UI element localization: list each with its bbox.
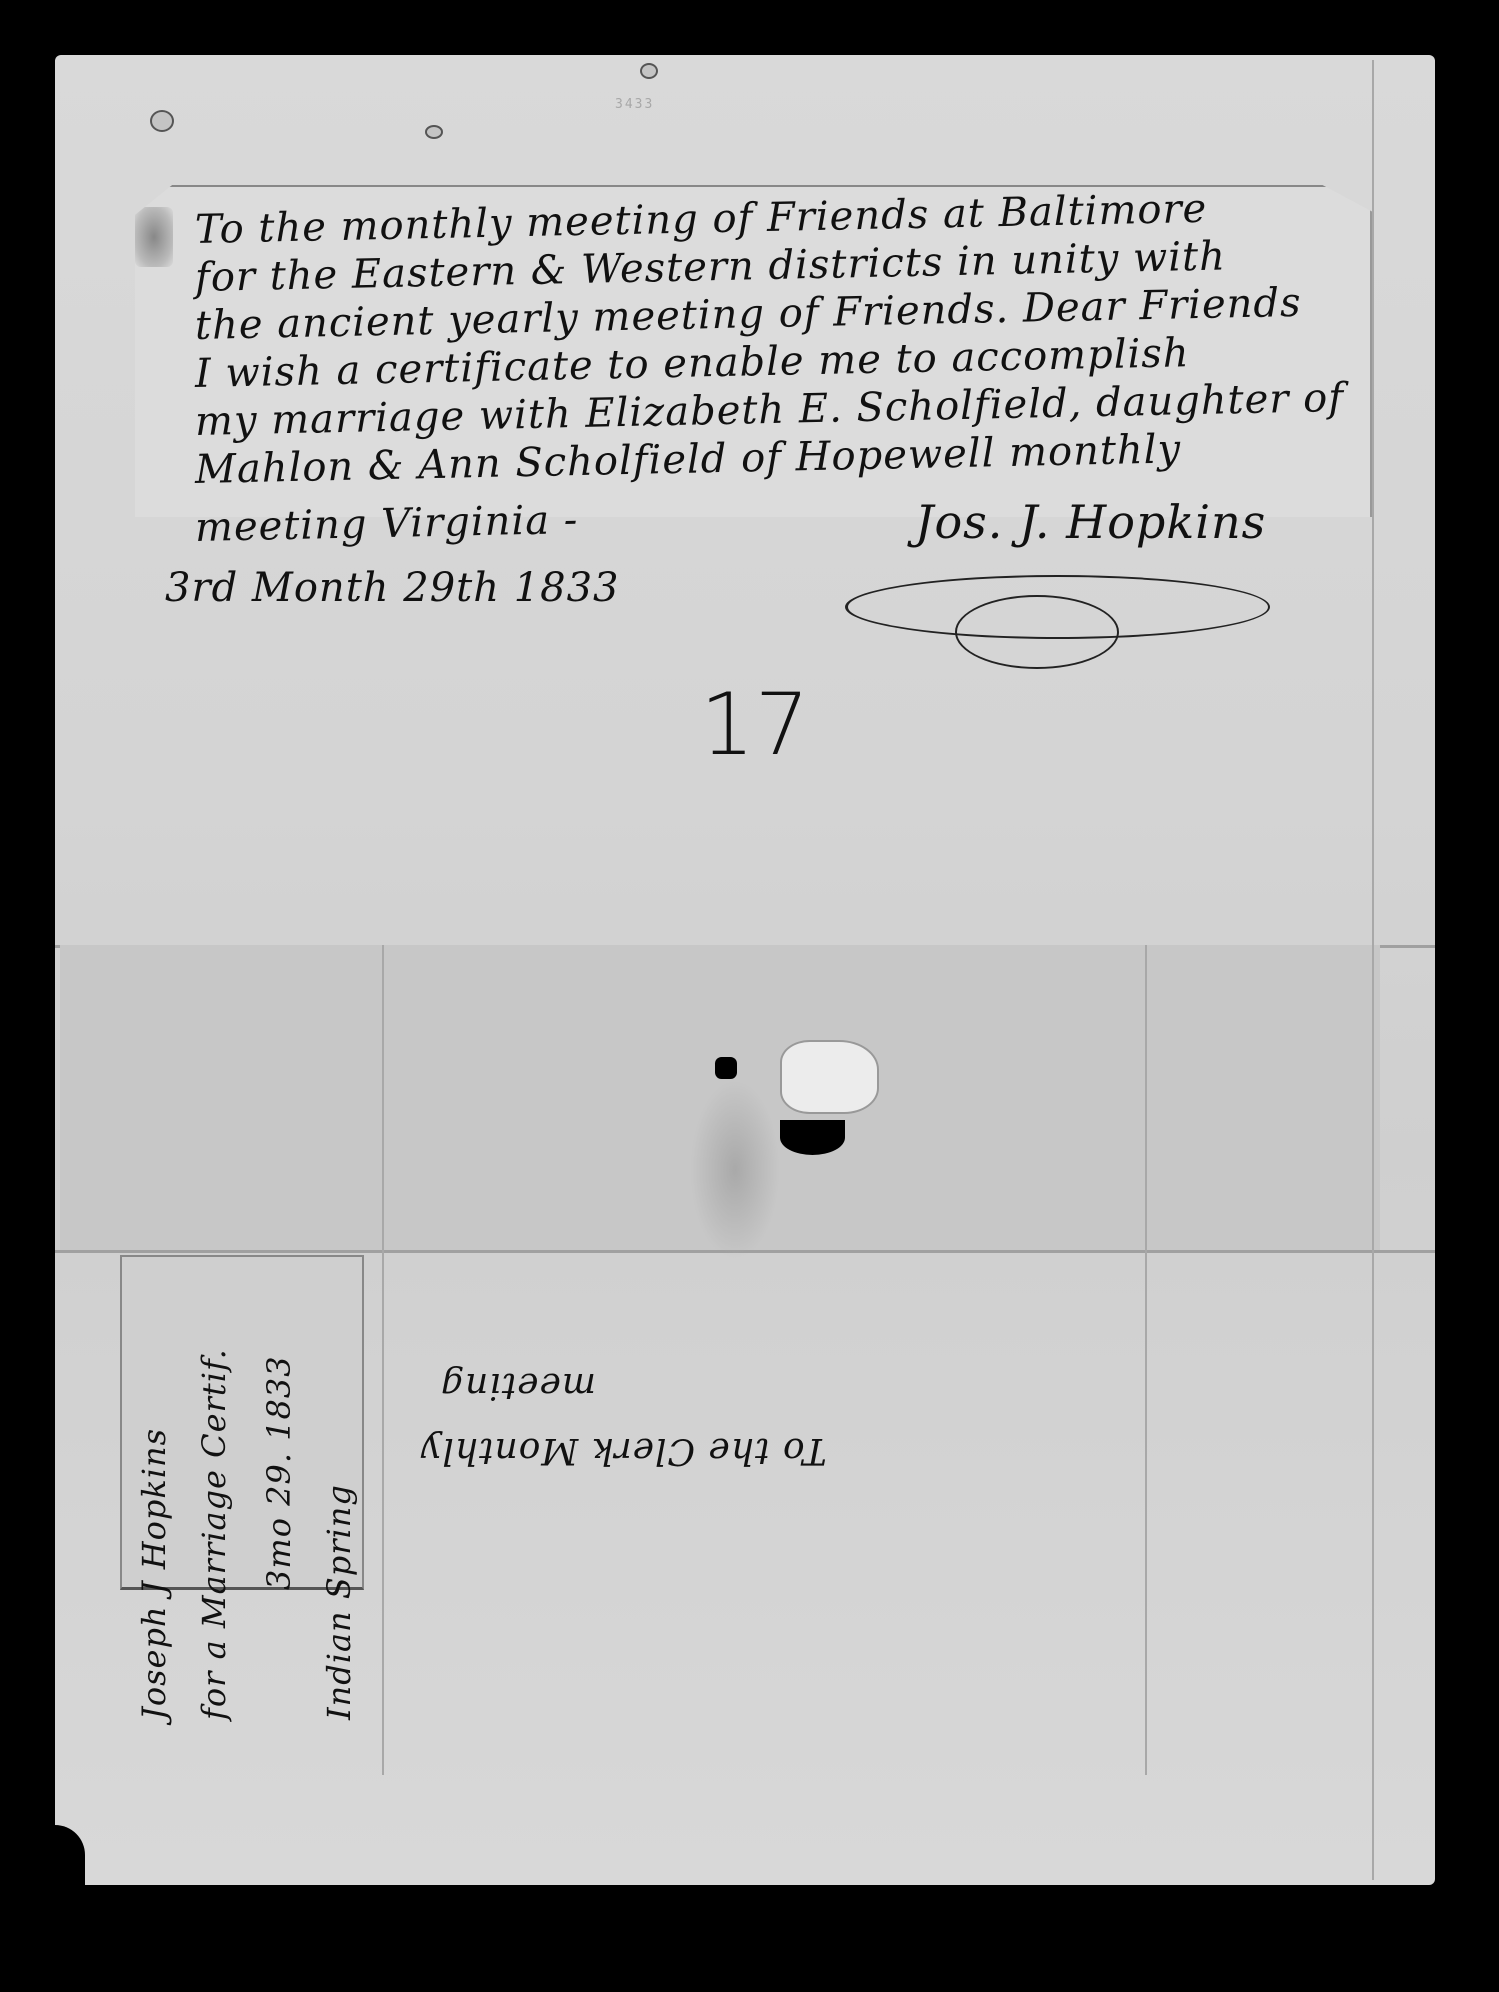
address-line-1: To the Clerk Monthly bbox=[420, 1430, 827, 1471]
fold-line-vertical bbox=[1145, 945, 1147, 1775]
docket-line-4: Indian Spring bbox=[320, 1484, 358, 1720]
punch-hole-left bbox=[150, 110, 174, 132]
fold-line-vertical bbox=[382, 945, 384, 1775]
letter-date: 3rd Month 29th 1833 bbox=[165, 565, 620, 611]
page-number: 17 bbox=[700, 675, 809, 775]
signature-flourish-loop bbox=[955, 595, 1119, 669]
letter-body-panel: To the monthly meeting of Friends at Bal… bbox=[135, 185, 1372, 517]
wax-seal-stain bbox=[690, 1080, 780, 1260]
wax-seal-remnant bbox=[780, 1120, 845, 1155]
address-line-2: meeting bbox=[440, 1365, 596, 1406]
letter-line-7: meeting Virginia - bbox=[195, 497, 579, 551]
punch-hole-center bbox=[425, 125, 443, 139]
punch-hole-top bbox=[640, 63, 658, 79]
docket-line-1: Joseph J Hopkins bbox=[135, 1428, 173, 1720]
ink-blot bbox=[715, 1057, 737, 1079]
archive-stamp: 3433 bbox=[615, 97, 654, 112]
signature: Jos. J. Hopkins bbox=[915, 495, 1266, 549]
fold-line-vertical bbox=[1372, 60, 1374, 1880]
torn-seal-area bbox=[780, 1040, 879, 1114]
stain bbox=[135, 207, 173, 267]
docket-line-3: 3mo 29. 1833 bbox=[260, 1355, 298, 1590]
docket-line-2: for a Marriage Certif. bbox=[195, 1348, 233, 1720]
